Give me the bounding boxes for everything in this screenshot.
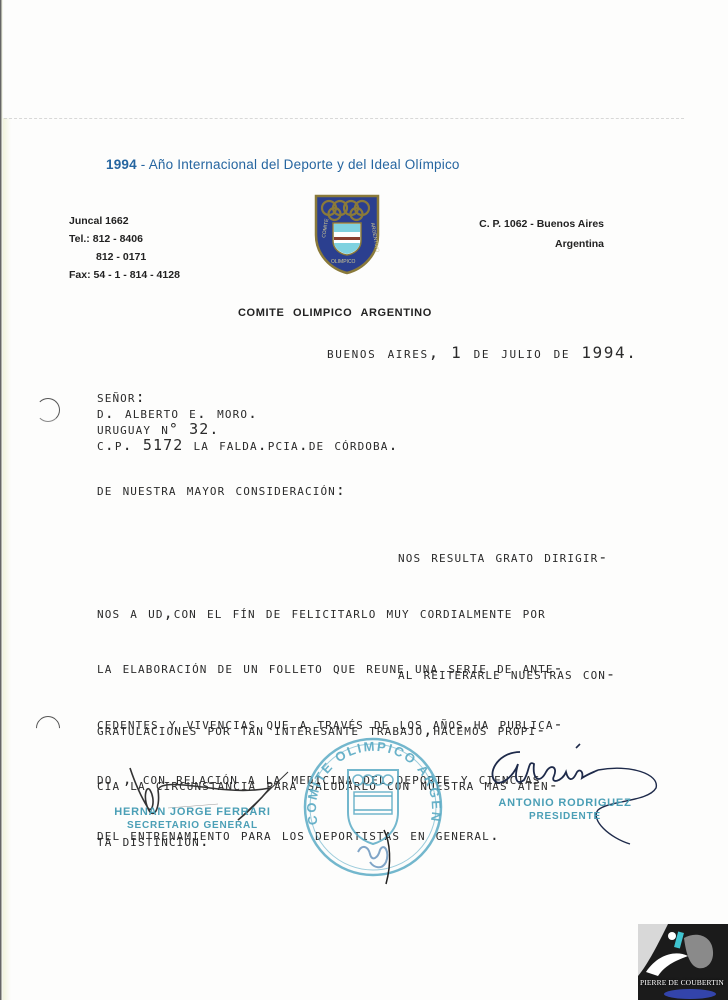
paragraph-first-line: Nos resulta grato dirigir- bbox=[97, 548, 677, 567]
page-edge-tint bbox=[3, 118, 11, 1000]
tel-number-2: 812 - 0171 bbox=[69, 248, 180, 266]
letterhead-banner: 1994 - Año Internacional del Deporte y d… bbox=[106, 157, 460, 172]
pierre-de-coubertin-watermark: PIERRE DE COUBERTIN bbox=[638, 924, 728, 1000]
punch-hole-icon bbox=[36, 398, 60, 422]
greeting: De nuestra mayor consideración: bbox=[97, 481, 346, 499]
recipient-city: C.P. 5172 La Falda.Pcia.de Córdoba. bbox=[97, 437, 399, 453]
paragraph-line: nos a Ud,con el fín de felicitarlo muy c… bbox=[97, 604, 677, 623]
official-stamp-icon: COMITE OLIMPICO ARGENTINO bbox=[298, 712, 448, 887]
fax-label: Fax: bbox=[69, 269, 91, 281]
organization-name: COMITE OLIMPICO ARGENTINO bbox=[238, 307, 432, 319]
recipient-street: Uruguay N° 32. bbox=[97, 421, 399, 437]
olympic-committee-shield-icon: COMITE ARGENTINO OLIMPICO bbox=[313, 193, 381, 275]
punch-hole-icon bbox=[31, 711, 65, 745]
signatory-secretary: HERNAN JORGE FERRARI SECRETARIO GENERAL bbox=[100, 805, 285, 833]
recipient-name: D. Alberto E. Moro. bbox=[97, 405, 399, 421]
paper-fold-line bbox=[4, 118, 684, 120]
watermark-text: PIERRE DE COUBERTIN bbox=[640, 978, 724, 987]
signatory-name: HERNAN JORGE FERRARI bbox=[100, 805, 285, 819]
recipient-address: Señor: D. Alberto E. Moro. Uruguay N° 32… bbox=[97, 389, 399, 453]
contact-details: Juncal 1662 Tel.: 812 - 8406 812 - 0171 … bbox=[69, 212, 180, 284]
fax-number: 54 - 1 - 814 - 4128 bbox=[94, 269, 180, 281]
telephone-line-1: Tel.: 812 - 8406 bbox=[69, 230, 180, 248]
svg-text:OLIMPICO: OLIMPICO bbox=[331, 259, 356, 265]
country: Argentina bbox=[460, 234, 604, 254]
address-street: Juncal 1662 bbox=[69, 212, 180, 230]
signatory-president: ANTONIO RODRIGUEZ PRESIDENTE bbox=[490, 796, 640, 824]
banner-text: - Año Internacional del Deporte y del Id… bbox=[137, 157, 460, 172]
postal-address: C. P. 1062 - Buenos Aires Argentina bbox=[460, 214, 604, 254]
recipient-salutation: Señor: bbox=[97, 389, 399, 405]
banner-year: 1994 bbox=[106, 157, 137, 172]
postal-code-city: C. P. 1062 - Buenos Aires bbox=[460, 214, 604, 234]
signatory-title: PRESIDENTE bbox=[490, 810, 640, 824]
date-line: Buenos Aires, 1 de Julio de 1994. bbox=[327, 343, 637, 362]
fax-line: Fax: 54 - 1 - 814 - 4128 bbox=[69, 266, 180, 284]
tel-number-1: 812 - 8406 bbox=[93, 233, 143, 245]
pierre-de-coubertin-logo-icon bbox=[638, 924, 728, 1000]
paragraph-first-line: Al reiterarle nuestras con- bbox=[97, 665, 677, 684]
signatory-name: ANTONIO RODRIGUEZ bbox=[490, 796, 640, 810]
signatory-title: SECRETARIO GENERAL bbox=[100, 819, 285, 833]
tel-label: Tel.: bbox=[69, 233, 90, 245]
